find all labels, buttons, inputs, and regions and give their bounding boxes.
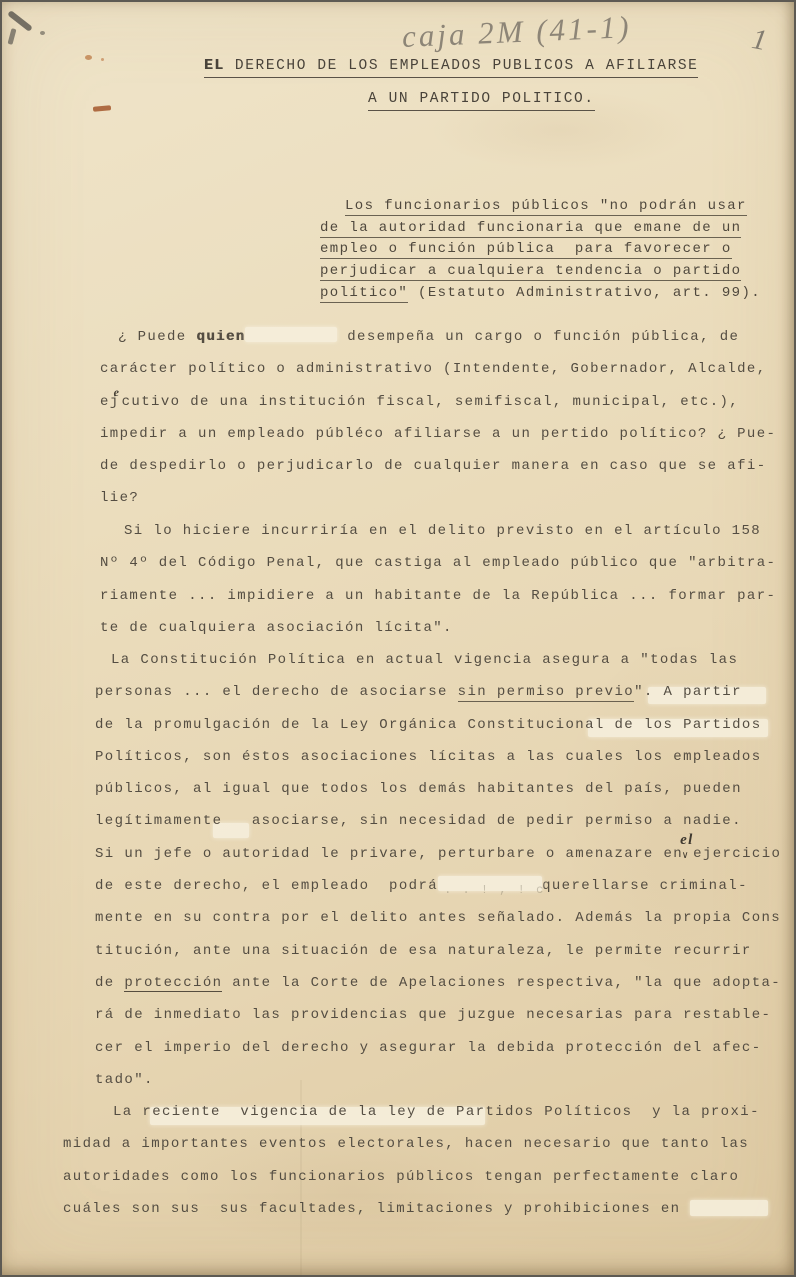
- epigraph-block: Los funcionarios públicos "no podrán usa…: [320, 196, 761, 304]
- text-line: de la promulgación de la Ley Orgánica Co…: [95, 709, 781, 741]
- text-line: tado".: [95, 1064, 781, 1096]
- text-line: personas ... el derecho de asociarse sin…: [95, 676, 781, 708]
- text-line: impedir a un empleado públéco afiliarse …: [100, 418, 776, 450]
- underlined-phrase: sin permiso previo: [458, 684, 634, 702]
- rust-speck: [101, 58, 104, 61]
- text-line: Políticos, son éstos asociaciones lícita…: [95, 741, 781, 773]
- text-line: empleo o función pública para favorecer …: [320, 239, 761, 261]
- document-title-line-1: EL DERECHO DE LOS EMPLEADOS PUBLICOS A A…: [204, 58, 698, 74]
- text-line: te de cualquiera asociación lícita".: [100, 612, 776, 644]
- whiteout-patch: [245, 327, 337, 342]
- text-line: autoridades como los funcionarios públic…: [63, 1161, 760, 1193]
- text-line: legítimamente asociarse, sin necesidad d…: [95, 805, 781, 837]
- text-line: de protección ante la Corte de Apelacion…: [95, 967, 781, 999]
- text-line: Nº 4º del Código Penal, que castiga al e…: [100, 547, 776, 579]
- text-line: La reciente vigencia de la ley de Partid…: [63, 1096, 760, 1128]
- caret-insertion: ∨el: [683, 843, 693, 857]
- handwritten-insert-e: e: [114, 376, 121, 408]
- ghost-overtype-text: . . ! , ! c: [444, 874, 545, 906]
- text-line: titución, ante una situación de esa natu…: [95, 935, 781, 967]
- text-line: de despedirlo o perjudicarlo de cualquie…: [100, 450, 776, 482]
- hand-underlined-word: protección: [124, 975, 222, 992]
- document-title-line-2: A UN PARTIDO POLITICO.: [368, 91, 595, 107]
- text-line: carácter político o administrativo (Inte…: [100, 353, 776, 385]
- retyped-word: quien: [196, 329, 245, 345]
- text-line: ejecutivo de una institución fiscal, sem…: [100, 386, 776, 418]
- text-line: político" (Estatuto Administrativo, art.…: [320, 283, 761, 305]
- text-line: mente en su contra por el delito antes s…: [95, 902, 781, 934]
- paragraph-2: Si lo hiciere incurriría en el delito pr…: [100, 515, 776, 644]
- text-line: perjudicar a cualquiera tendencia o part…: [320, 261, 761, 283]
- caret-insertion: e: [120, 391, 122, 405]
- title-text: A UN PARTIDO POLITICO.: [368, 91, 595, 111]
- title-text: DERECHO DE LOS EMPLEADOS PUBLICOS A AFIL…: [225, 58, 699, 74]
- handwritten-insert-el: el: [680, 824, 694, 856]
- text-line: lie?: [100, 482, 776, 514]
- text-line: de este derecho, el empleado podrá. . ! …: [95, 870, 781, 902]
- paragraph-1: ¿ Puede quien desempeña un cargo o funci…: [100, 321, 776, 515]
- title-overstruck-word: EL: [204, 58, 225, 74]
- text-line: ¿ Puede quien desempeña un cargo o funci…: [100, 321, 776, 353]
- ink-speck: [40, 31, 45, 35]
- text-line: riamente ... impidiere a un habitante de…: [100, 580, 776, 612]
- text-line: rá de inmediato las providencias que juz…: [95, 999, 781, 1031]
- text-line: públicos, al igual que todos los demás h…: [95, 773, 781, 805]
- paragraph-4: La reciente vigencia de la ley de Partid…: [63, 1096, 760, 1225]
- text-line: La Constitución Política en actual vigen…: [95, 644, 781, 676]
- text-line: cuáles son sus sus facultades, limitacio…: [63, 1193, 760, 1225]
- whiteout-patch: . . ! , ! c: [438, 876, 542, 891]
- text-line: Si lo hiciere incurriría en el delito pr…: [100, 515, 776, 547]
- paragraph-3: La Constitución Política en actual vigen…: [95, 644, 781, 1096]
- scanned-document: caja 2M (41-1) 1 EL DERECHO DE LOS EMPLE…: [0, 0, 796, 1277]
- text-line: Los funcionarios públicos "no podrán usa…: [320, 196, 761, 218]
- text-line: Si un jefe o autoridad le privare, pertu…: [95, 838, 781, 870]
- text-line: midad a importantes eventos electorales,…: [63, 1128, 760, 1160]
- rust-speck: [85, 55, 92, 60]
- text-line: cer el imperio del derecho y asegurar la…: [95, 1032, 781, 1064]
- text-line: de la autoridad funcionaria que emane de…: [320, 218, 761, 240]
